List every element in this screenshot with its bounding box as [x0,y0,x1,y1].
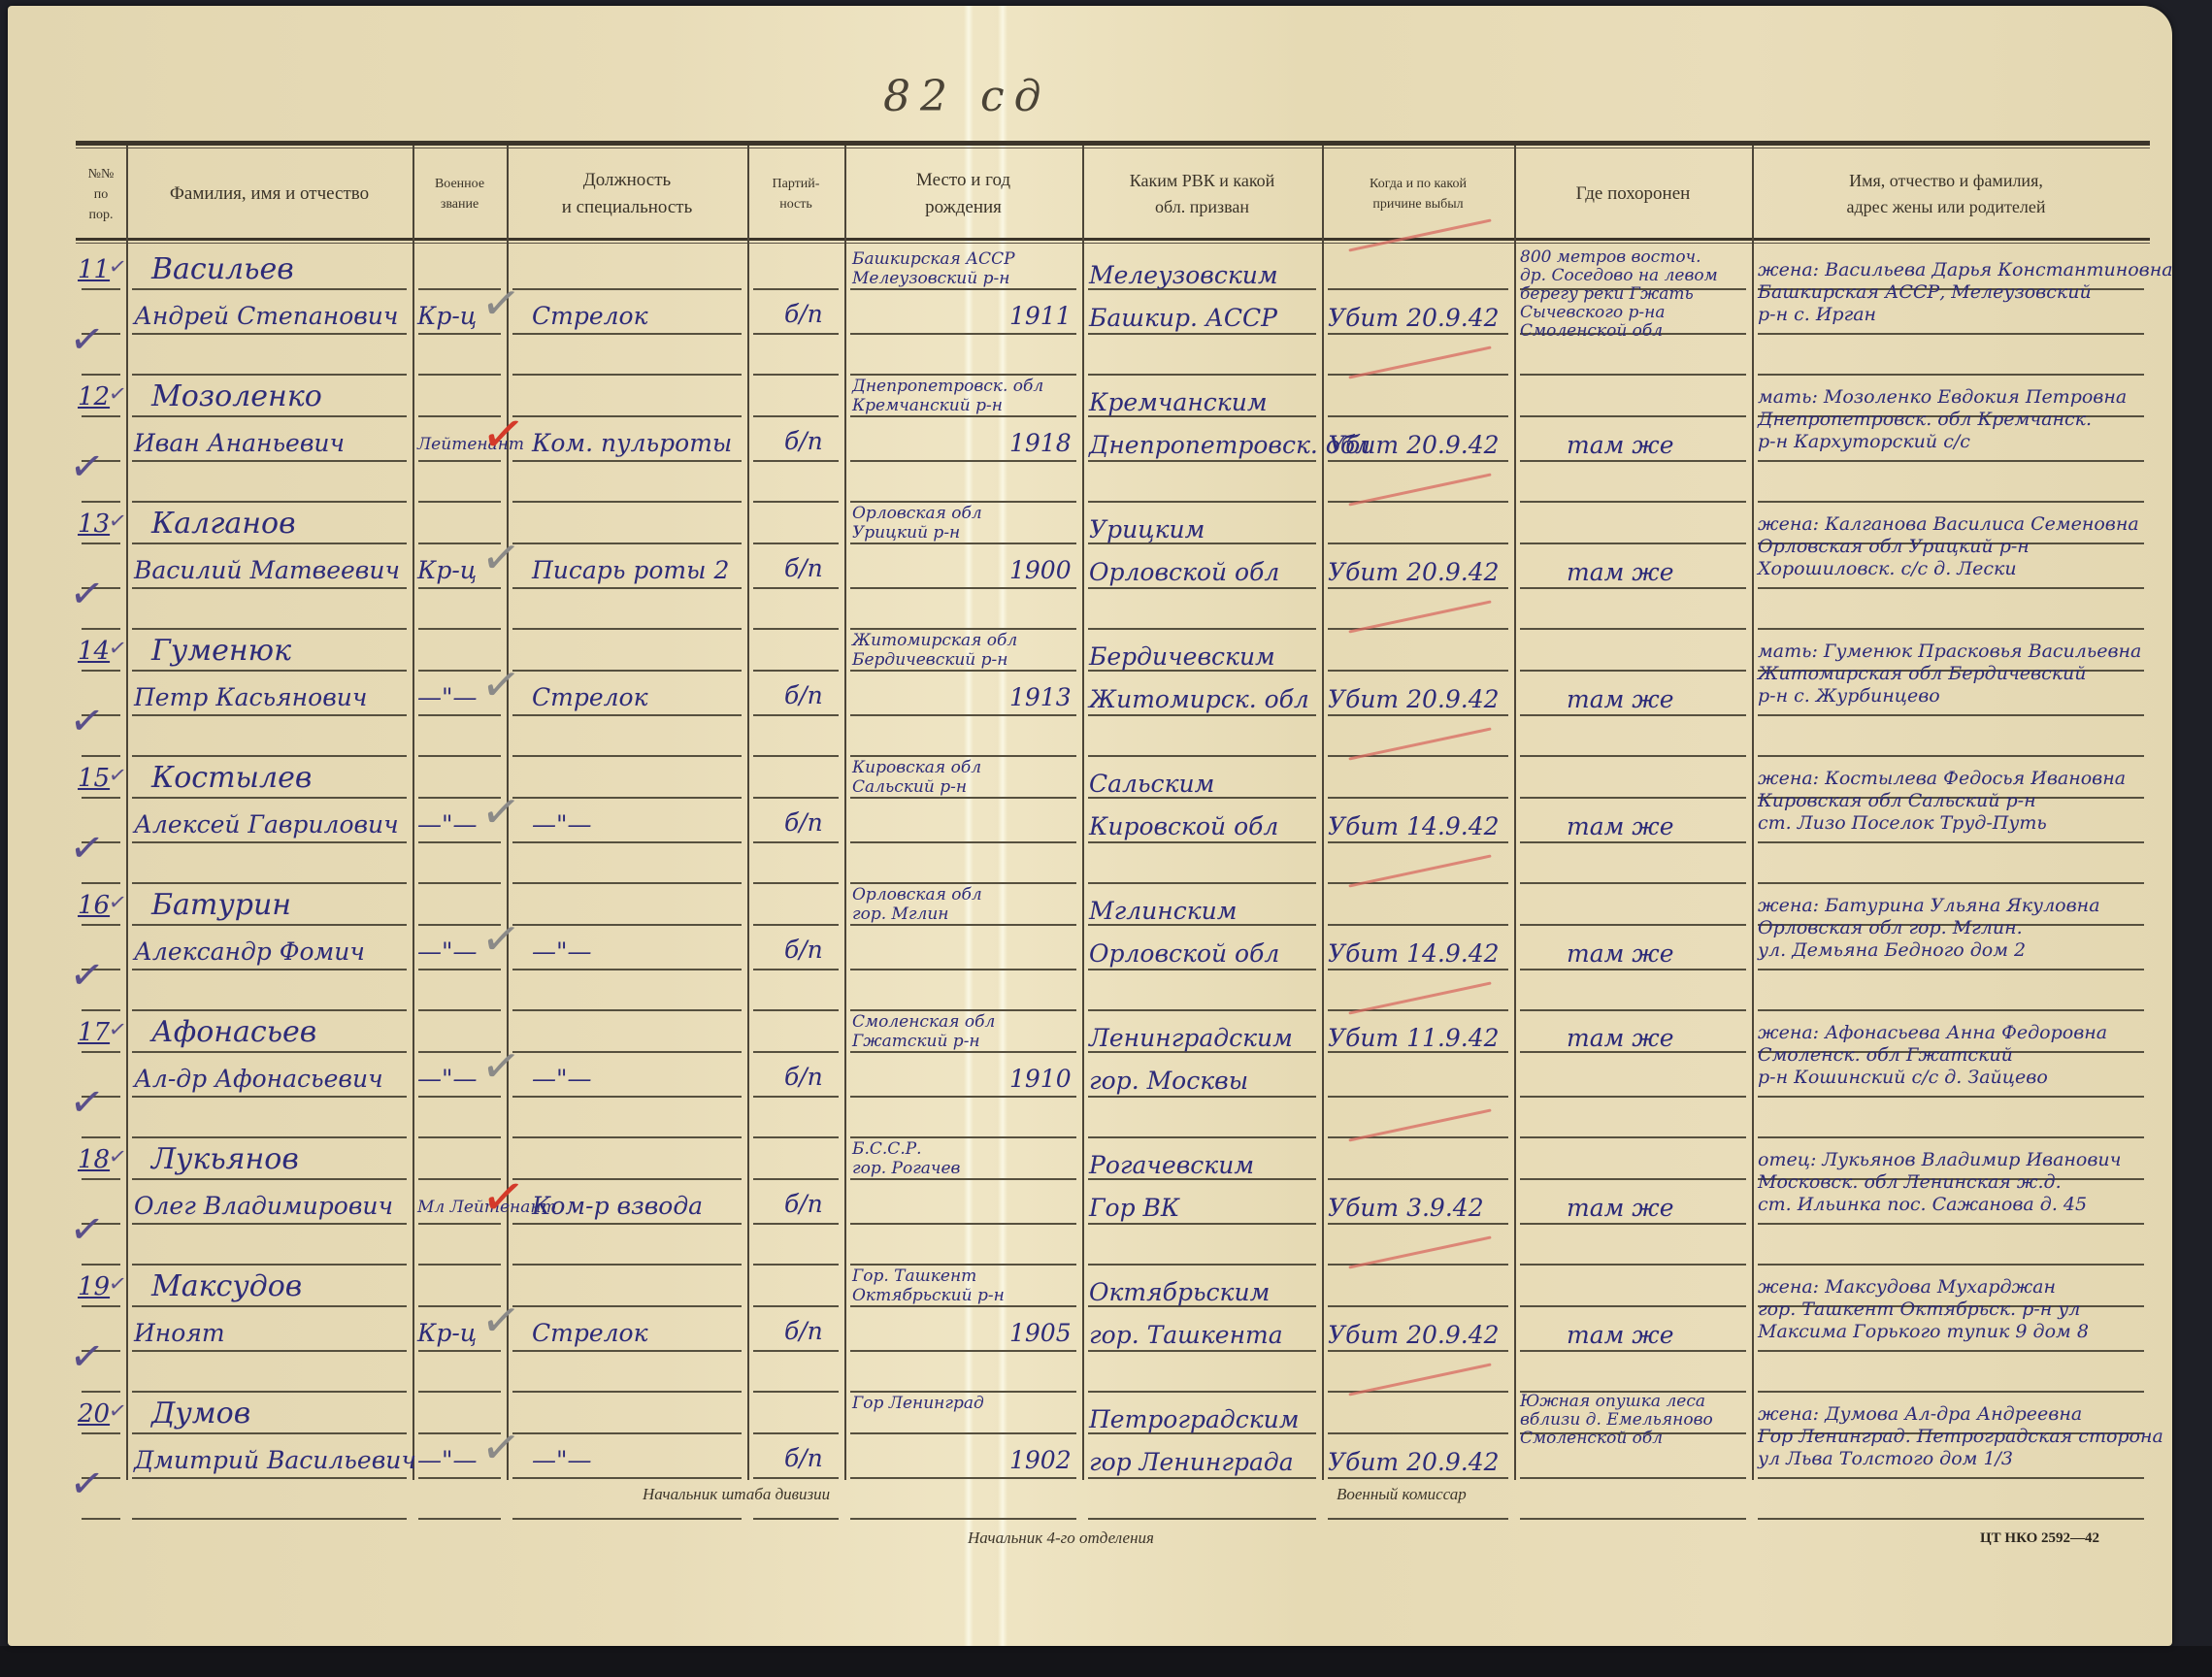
given-names: Петр Касьянович [134,685,367,709]
ruled-line [132,333,407,335]
ruled-line [850,415,1076,417]
relative-address-line: мать: Гуменюк Прасковья Васильевна [1758,642,2141,661]
party-status: б/п [784,302,823,326]
relative-address-line: р-н Кошинский с/с д. Зайцево [1758,1069,2048,1087]
ruled-line [418,1096,501,1098]
table-top-rule [76,141,2150,146]
ruled-line [512,670,742,672]
draft-office-line: Мглинским [1089,899,1237,923]
relative-address-line: отец: Лукьянов Владимир Иванович [1758,1151,2121,1169]
ruled-line [753,841,839,843]
ruled-line [1088,587,1316,589]
birth-place-line: Днепропетровск. обл [852,378,1043,395]
burial-place-line: Смоленской обл [1520,323,1663,340]
ruled-line [753,543,839,544]
header-birth: Место и год рождения [844,150,1082,238]
ruled-line [512,333,742,335]
ruled-line [1328,415,1508,417]
birth-year: 1910 [1009,1067,1072,1091]
ruled-line [82,1518,120,1520]
ruled-line [1758,714,2144,716]
draft-office-line: гор Ленинграда [1089,1450,1294,1474]
ruled-line [132,1477,407,1479]
ruled-line [1328,1223,1508,1225]
ruled-line [82,797,120,799]
position: —"— [532,1448,592,1472]
draft-office-line: Кировской обл [1089,814,1278,838]
ruled-line [1328,1305,1508,1307]
table-top-rule [76,148,2150,148]
given-names: Дмитрий Васильевич [134,1448,416,1472]
burial-place: там же [1567,1323,1674,1347]
ruled-line [82,288,120,290]
checkmark-icon: ✓ [67,1458,108,1509]
draft-office-line: Мелеузовским [1089,263,1278,287]
ruled-line [1520,714,1746,716]
ruled-line [850,460,1076,462]
verification-check-icon: ✓ [478,909,524,969]
header-buried: Где похоронен [1514,150,1752,238]
relative-address-line: жена: Думова Ал-дра Андреевна [1758,1405,2082,1424]
given-names: Иноят [134,1321,225,1345]
birth-place-line: Мелеузовский р-н [852,271,1009,287]
ruled-line [512,460,742,462]
draft-office-line: Орловской обл [1089,941,1279,966]
draft-office-line: Башкир. АССР [1089,306,1277,330]
ruled-line [512,1350,742,1352]
given-names: Олег Владимирович [134,1194,393,1218]
ruled-line [753,1305,839,1307]
draft-office-line: Октябрьским [1089,1280,1270,1304]
draft-office-line: Житомирск. обл [1089,687,1309,711]
ruled-line [82,1178,120,1180]
relative-address-line: Кировская обл Сальский р-н [1758,792,2036,810]
ruled-line [1520,1305,1746,1307]
ruled-line [82,924,120,926]
relative-address-line: Башкирская АССР, Мелеузовский [1758,283,2092,302]
ruled-line [850,1350,1076,1352]
ruled-line [753,1477,839,1479]
relative-address-line: гор. Ташкент Октябрьск. р-н ул [1758,1300,2080,1319]
birth-year: 1900 [1009,558,1072,582]
party-status: б/п [784,1192,823,1216]
ruled-line [1520,841,1746,843]
signature-chief-of-staff: Начальник штаба дивизии [643,1485,830,1504]
relative-address-line: Житомирская обл Бердичевский [1758,665,2087,683]
relative-address-line: Днепропетровск. обл Кремчанск. [1758,411,2092,429]
draft-office-line: гор. Ташкента [1089,1323,1283,1347]
burial-place-line: берегу реки Гжать [1520,286,1694,303]
ruled-line [1328,288,1508,290]
burial-place: там же [1567,433,1674,457]
burial-place-line: 800 метров восточ. [1520,249,1701,266]
header-bottom-rule [76,243,2150,244]
ruled-line [132,797,407,799]
burial-place: там же [1567,687,1674,711]
burial-place-line: Сычевского р-на [1520,305,1665,321]
departure-reason: Убит 14.9.42 [1328,814,1500,838]
ruled-line [1520,924,1746,926]
ruled-line [132,924,407,926]
ruled-line [1328,924,1508,926]
ruled-line [1328,1096,1508,1098]
military-rank: —"— [417,1067,478,1091]
checkmark-icon: ✓ [107,636,128,662]
scan-background [0,1646,2212,1677]
birth-place-line: Орловская обл [852,506,982,522]
relative-address-line: р-н с. Ирган [1758,306,1876,324]
birth-place-line: Башкирская АССР [852,251,1015,268]
ruled-line [850,797,1076,799]
military-rank: Кр-ц [417,304,477,328]
surname: Гуменюк [151,637,291,666]
party-status: б/п [784,1065,823,1089]
relative-address-line: ст. Лизо Поселок Труд-Путь [1758,814,2047,833]
birth-year: 1911 [1009,304,1072,328]
table-row: 17✓✓АфонасьевАл-др Афонасьевич—"—✓—"—б/п… [76,1010,2150,1137]
ruled-line [1088,969,1316,970]
draft-office-line: Рогачевским [1089,1153,1254,1177]
ruled-line [512,797,742,799]
party-status: б/п [784,937,823,962]
ruled-line [82,1432,120,1434]
table-row: 18✓✓ЛукьяновОлег ВладимировичМл Лейтенан… [76,1137,2150,1265]
ruled-line [132,587,407,589]
ruled-line [753,714,839,716]
departure-reason: Убит 20.9.42 [1328,687,1500,711]
burial-place: там же [1567,1196,1674,1220]
ruled-line [512,415,742,417]
ruled-line [1758,333,2144,335]
relative-address-line: Орловская обл Урицкий р-н [1758,538,2030,556]
ruled-line [850,1477,1076,1479]
draft-office-line: Орловской обл [1089,560,1279,584]
ruled-line [1088,1477,1316,1479]
ruled-line [753,924,839,926]
ruled-line [850,288,1076,290]
ruled-line [850,1096,1076,1098]
row-number: 14 [78,639,110,664]
burial-place-line: Южная опушка леса [1520,1394,1705,1410]
checkmark-icon: ✓ [67,1076,108,1128]
relative-address-line: жена: Батурина Ульяна Якуловна [1758,897,2100,915]
table-row: 13✓✓КалгановВасилий МатвеевичКр-ц✓Писарь… [76,502,2150,629]
header-party: Партий- ность [747,150,844,238]
ruled-line [850,543,1076,544]
ruled-line [132,1223,407,1225]
relative-address-line: жена: Афонасьева Анна Федоровна [1758,1024,2107,1042]
given-names: Иван Ананьевич [134,431,345,455]
military-rank: —"— [417,1448,478,1472]
relative-address-line: Московск. обл Ленинская ж.д. [1758,1173,2062,1192]
birth-place-line: Кремчанский р-н [852,398,1003,414]
ruled-line [1520,969,1746,970]
ruled-line [132,415,407,417]
ruled-line [1328,1477,1508,1479]
birth-place-line: Гор. Ташкент [852,1268,976,1285]
relative-address-line: Максима Горького тупик 9 дом 8 [1758,1323,2089,1341]
ruled-line [753,1432,839,1434]
departure-reason: Убит 3.9.42 [1328,1196,1484,1220]
checkmark-icon: ✓ [107,763,128,789]
ruled-line [512,1477,742,1479]
party-status: б/п [784,1446,823,1470]
ruled-line [1328,587,1508,589]
military-rank: —"— [417,812,478,837]
birth-place-line: Бердичевский р-н [852,652,1008,669]
ruled-line [1520,1178,1746,1180]
relative-address-line: Смоленск. обл Гжатский [1758,1046,2013,1065]
form-code: ЦТ НКО 2592—42 [1980,1530,2099,1547]
party-status: б/п [784,556,823,580]
relative-address-line: жена: Калганова Василиса Семеновна [1758,515,2139,534]
draft-office-line: Гор ВК [1089,1196,1179,1220]
surname: Батурин [151,891,291,920]
checkmark-icon: ✓ [107,509,128,535]
row-number: 18 [78,1147,110,1172]
ruled-line [512,1305,742,1307]
ruled-line [82,670,120,672]
military-rank: —"— [417,685,478,709]
birth-year: 1902 [1009,1448,1072,1472]
position: Стрелок [532,1321,648,1345]
position: Стрелок [532,304,648,328]
ruled-line [418,1518,501,1520]
ruled-line [753,670,839,672]
table-row: 15✓✓КостылевАлексей Гаврилович—"—✓—"—б/п… [76,756,2150,883]
ruled-line [1328,714,1508,716]
ruled-line [850,670,1076,672]
ruled-line [1520,797,1746,799]
row-number: 13 [78,511,110,537]
header-bottom-rule [76,238,2150,241]
row-number: 16 [78,893,110,918]
ruled-line [850,1178,1076,1180]
ruled-line [512,1178,742,1180]
table-row: 16✓✓БатуринАлександр Фомич—"—✓—"—б/пОрло… [76,883,2150,1010]
birth-place-line: Октябрьский р-н [852,1288,1005,1304]
ruled-line [850,969,1076,970]
birth-year: 1918 [1009,431,1072,455]
relative-address-line: ст. Ильинка пос. Сажанова д. 45 [1758,1196,2087,1214]
position: —"— [532,1067,592,1091]
header-rank: Военное звание [413,150,507,238]
header-relatives: Имя, отчество и фамилия, адрес жены или … [1752,150,2140,238]
ruled-line [512,924,742,926]
draft-office-line: Кремчанским [1089,390,1268,414]
ruled-line [418,969,501,970]
header-rvk: Каким РВК и какой обл. призван [1082,150,1322,238]
ruled-line [512,1051,742,1053]
burial-place: там же [1567,560,1674,584]
ruled-line [512,969,742,970]
ruled-line [132,714,407,716]
surname: Думов [151,1399,250,1429]
ruled-line [1520,1477,1746,1479]
departure-reason: Убит 20.9.42 [1328,433,1500,457]
ruled-line [512,587,742,589]
departure-reason: Убит 20.9.42 [1328,1323,1500,1347]
military-rank: Кр-ц [417,1321,477,1345]
verification-check-icon: ✓ [478,1164,530,1231]
row-number: 20 [78,1401,110,1427]
checkmark-icon: ✓ [67,441,108,492]
ruled-line [1328,841,1508,843]
ruled-line [850,333,1076,335]
ruled-line [132,1305,407,1307]
draft-office-line: Петроградским [1089,1407,1300,1431]
checkmark-icon: ✓ [67,313,108,365]
header-number: №№ по пор. [76,150,126,238]
ruled-line [132,1518,407,1520]
ruled-line [850,1305,1076,1307]
given-names: Алексей Гаврилович [134,812,399,837]
draft-office-line: гор. Москвы [1089,1069,1248,1093]
ruled-line [1758,1518,2144,1520]
burial-place: там же [1567,941,1674,966]
verification-check-icon: ✓ [478,274,524,333]
ruled-line [753,969,839,970]
ruled-line [753,587,839,589]
ruled-line [132,969,407,970]
relative-address-line: мать: Мозоленко Евдокия Петровна [1758,388,2127,407]
ruled-line [1088,460,1316,462]
surname: Васильев [151,255,294,284]
ruled-line [82,415,120,417]
position: Писарь роты 2 [532,558,729,582]
surname: Лукьянов [151,1145,299,1174]
ruled-line [753,1051,839,1053]
ruled-line [1758,841,2144,843]
ruled-line [132,1178,407,1180]
ruled-line [82,1051,120,1053]
given-names: Андрей Степанович [134,304,398,328]
division-mark: 82 сд [883,72,1051,121]
checkmark-icon: ✓ [67,695,108,746]
ruled-line [1328,670,1508,672]
birth-place-line: Житомирская обл [852,633,1017,649]
ruled-line [1758,587,2144,589]
ruled-line [1328,333,1508,335]
ruled-line [1328,969,1508,970]
table-row: 11✓✓ВасильевАндрей СтепановичКр-ц✓Стрело… [76,247,2150,375]
ruled-line [1758,460,2144,462]
table-row: 20✓✓ДумовДмитрий Васильевич—"—✓—"—б/пГор… [76,1392,2150,1519]
ruled-line [1328,1350,1508,1352]
relative-address-line: жена: Васильева Дарья Константиновна [1758,261,2173,279]
draft-office-line: Сальским [1089,772,1214,796]
checkmark-icon: ✓ [67,1331,108,1382]
table-row: 19✓✓МаксудовИноятКр-ц✓Стрелокб/пГор. Таш… [76,1265,2150,1392]
row-number: 17 [78,1020,110,1045]
ruled-line [1088,841,1316,843]
verification-check-icon: ✓ [478,528,524,587]
ruled-line [1328,460,1508,462]
birth-place-line: Гор Ленинград [852,1396,984,1412]
ruled-line [1758,969,2144,970]
ruled-line [753,1096,839,1098]
relative-address-line: жена: Костылева Федосья Ивановна [1758,770,2126,788]
ruled-line [132,460,407,462]
ruled-line [418,587,501,589]
ruled-line [512,1518,742,1520]
ruled-line [1520,1518,1746,1520]
party-status: б/п [784,1319,823,1343]
birth-place-line: Гжатский р-н [852,1034,980,1050]
ruled-line [132,1432,407,1434]
given-names: Александр Фомич [134,939,365,964]
ruled-line [512,288,742,290]
ruled-line [512,841,742,843]
party-status: б/п [784,810,823,835]
ruled-line [1520,460,1746,462]
military-rank: —"— [417,939,478,964]
birth-place-line: Орловская обл [852,887,982,904]
header-when-left: Когда и по какой причине выбыл [1322,150,1514,238]
burial-place: там же [1567,814,1674,838]
header-position: Должность и специальность [507,150,747,238]
ruled-line [132,543,407,544]
draft-office-line: Урицким [1089,517,1205,542]
ruled-line [1088,1350,1316,1352]
birth-year: 1913 [1009,685,1072,709]
ruled-line [1088,1518,1316,1520]
birth-place-line: гор. Мглин [852,906,949,923]
relative-address-line: р-н Кархуторский с/с [1758,433,1970,451]
relative-address-line: Гор Ленинград. Петроградская сторона [1758,1428,2163,1446]
signature-chief-4th-dept: Начальник 4-го отделения [968,1529,1154,1548]
burial-place-line: вблизи д. Емельяново [1520,1412,1713,1429]
table-row: 12✓✓МозоленкоИван АнаньевичЛейтенант✓Ком… [76,375,2150,502]
header-full-name: Фамилия, имя и отчество [126,150,413,238]
ruled-line [753,1350,839,1352]
relative-address-line: жена: Максудова Мухарджан [1758,1278,2056,1297]
table-row: 14✓✓ГуменюкПетр Касьянович—"—✓Стрелокб/п… [76,629,2150,756]
departure-reason: Убит 20.9.42 [1328,306,1500,330]
verification-check-icon: ✓ [478,1291,524,1350]
ruled-line [132,288,407,290]
checkmark-icon: ✓ [107,381,128,408]
ruled-line [132,841,407,843]
draft-office-line: Ленинградским [1089,1026,1293,1050]
ruled-line [1520,543,1746,544]
birth-place-line: Кировская обл [852,760,981,776]
ruled-line [753,1518,839,1520]
ruled-line [850,1223,1076,1225]
ruled-line [418,333,501,335]
row-number: 19 [78,1274,110,1299]
ruled-line [1758,1477,2144,1479]
birth-place-line: Сальский р-н [852,779,967,796]
ruled-line [512,1223,742,1225]
ruled-line [1088,714,1316,716]
ruled-line [753,288,839,290]
ruled-line [850,1051,1076,1053]
ruled-line [850,1518,1076,1520]
ruled-line [1328,797,1508,799]
position: Стрелок [532,685,648,709]
ruled-line [1088,1223,1316,1225]
ruled-line [753,1178,839,1180]
ruled-line [1328,1178,1508,1180]
checkmark-icon: ✓ [107,1271,128,1298]
surname: Калганов [151,510,296,539]
relative-address-line: Орловская обл гор. Мглин. [1758,919,2023,937]
departure-reason: Убит 20.9.42 [1328,560,1500,584]
row-number: 12 [78,384,110,410]
ruled-line [1758,1096,2144,1098]
ruled-line [132,1350,407,1352]
